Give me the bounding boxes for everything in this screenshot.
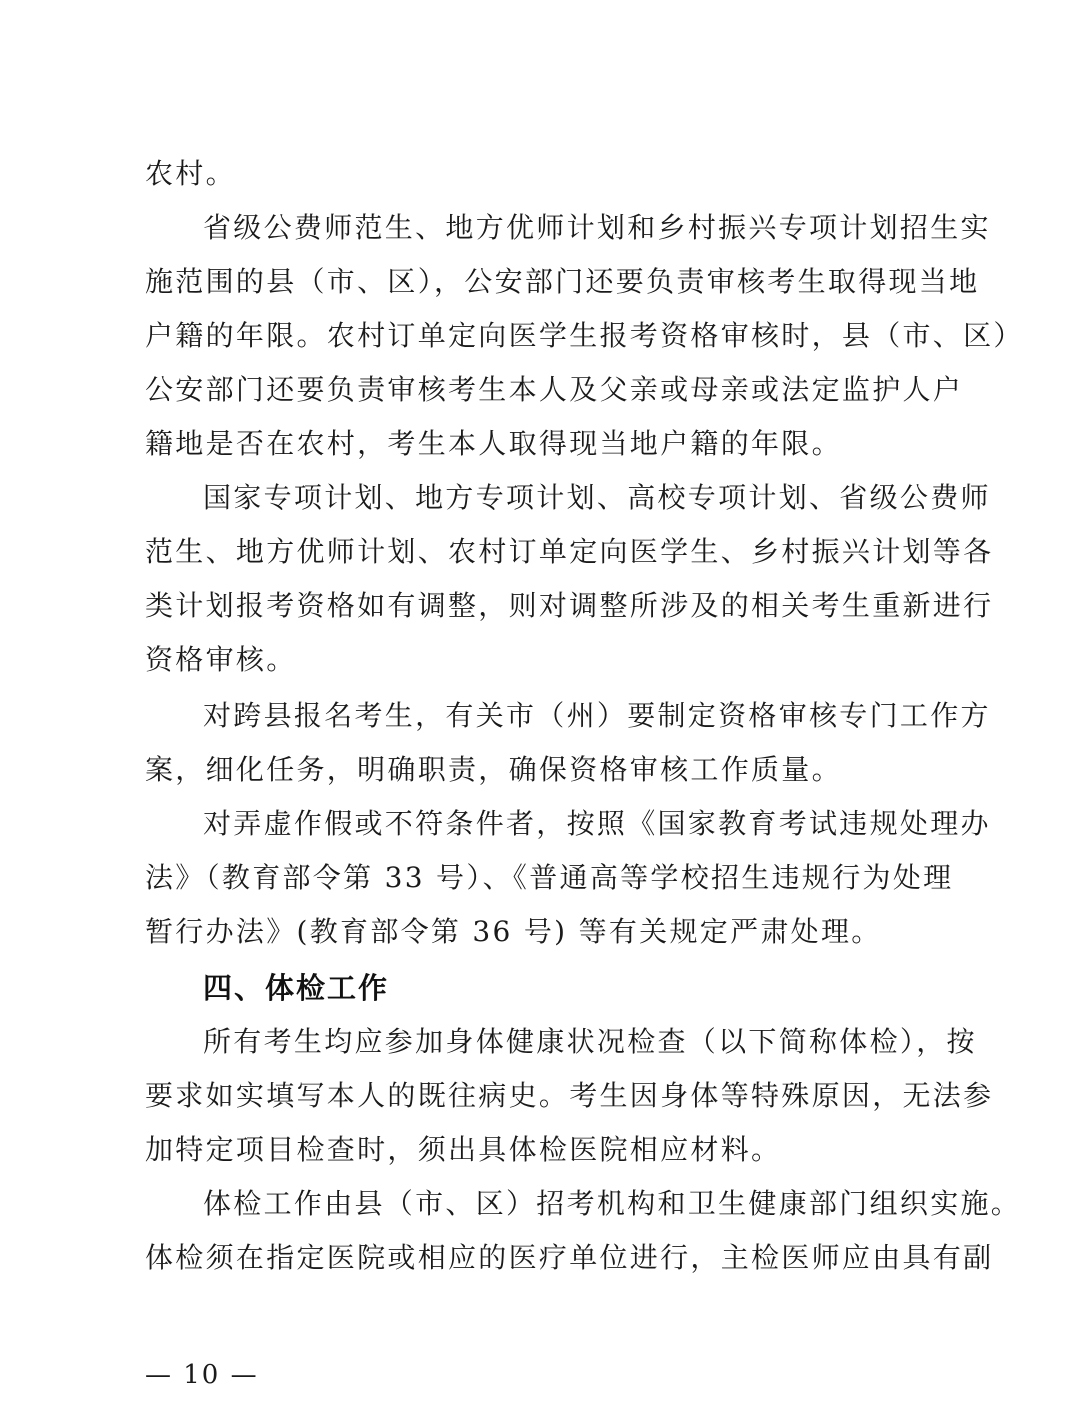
paragraph-line: 施范围的县（市、区），公安部门还要负责审核考生取得现当地	[145, 262, 945, 302]
paragraph-line: 资格审核。	[145, 640, 945, 680]
paragraph-line: 要求如实填写本人的既往病史。考生因身体等特殊原因，无法参	[145, 1076, 945, 1116]
paragraph-line: 法》（教育部令第 33 号）、《普通高等学校招生违规行为处理	[145, 858, 945, 898]
paragraph-line: 加特定项目检查时，须出具体检医院相应材料。	[145, 1130, 945, 1170]
section-heading: 四、体检工作	[203, 968, 389, 1008]
paragraph-line: 对弄虚作假或不符条件者，按照《国家教育考试违规处理办	[203, 804, 945, 844]
paragraph-line: 所有考生均应参加身体健康状况检查（以下简称体检），按	[203, 1022, 945, 1062]
paragraph-line: 公安部门还要负责审核考生本人及父亲或母亲或法定监护人户	[145, 370, 945, 410]
paragraph-line: 体检工作由县（市、区）招考机构和卫生健康部门组织实施。	[203, 1184, 945, 1224]
paragraph-line: 籍地是否在农村，考生本人取得现当地户籍的年限。	[145, 424, 945, 464]
document-page: 农村。 省级公费师范生、地方优师计划和乡村振兴专项计划招生实 施范围的县（市、区…	[0, 0, 1080, 1406]
paragraph-line: 农村。	[145, 154, 945, 194]
page-number: — 10 —	[145, 1358, 259, 1392]
paragraph-line: 暂行办法》(教育部令第 36 号) 等有关规定严肃处理。	[145, 912, 945, 952]
paragraph-line: 类计划报考资格如有调整，则对调整所涉及的相关考生重新进行	[145, 586, 945, 626]
paragraph-line: 户籍的年限。农村订单定向医学生报考资格审核时，县（市、区）	[145, 316, 945, 356]
paragraph-line: 对跨县报名考生，有关市（州）要制定资格审核专门工作方	[203, 696, 945, 736]
paragraph-line: 范生、地方优师计划、农村订单定向医学生、乡村振兴计划等各	[145, 532, 945, 572]
paragraph-line: 省级公费师范生、地方优师计划和乡村振兴专项计划招生实	[203, 208, 945, 248]
paragraph-line: 体检须在指定医院或相应的医疗单位进行，主检医师应由具有副	[145, 1238, 945, 1278]
paragraph-line: 案，细化任务，明确职责，确保资格审核工作质量。	[145, 750, 945, 790]
paragraph-line: 国家专项计划、地方专项计划、高校专项计划、省级公费师	[203, 478, 945, 518]
